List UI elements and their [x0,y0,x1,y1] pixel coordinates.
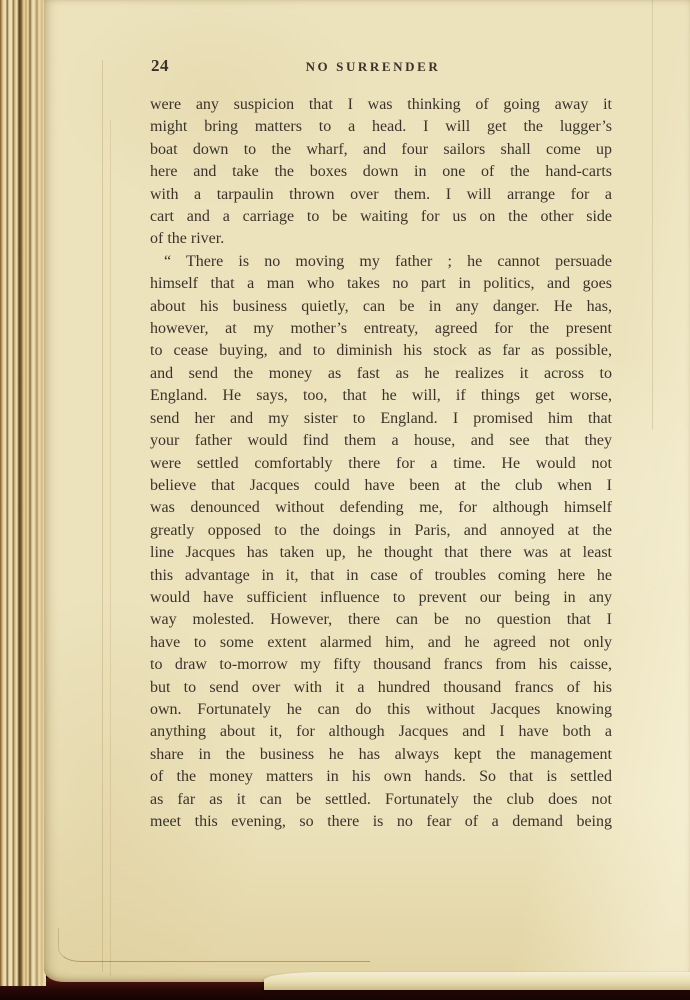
text-line: and send the money as fast as he realize… [150,363,612,385]
book-page: 24 NO SURRENDER were any suspicion that … [44,0,690,982]
text-line: share in the business he has always kept… [150,744,612,766]
text-line: England. He says, too, that he will, if … [150,385,612,407]
page-edges-left [0,0,46,986]
text-line: this advantage in it, that in case of tr… [150,565,612,587]
text-line: were settled comfortably there for a tim… [150,453,612,475]
text-line: was denounced without defending me, for … [150,497,612,519]
text-line: anything about it, for although Jacques … [150,721,612,743]
text-line: of the money matters in his own hands. S… [150,766,612,788]
text-line: send her and my sister to England. I pro… [150,408,612,430]
body-text: were any suspicion that I was thinking o… [150,94,612,833]
text-line: himself that a man who takes no part in … [150,273,612,295]
page-header: 24 NO SURRENDER [150,56,612,78]
text-line: “ There is no moving my father ; he cann… [150,251,612,273]
text-line: might bring matters to a head. I will ge… [150,116,612,138]
text-line: believe that Jacques could have been at … [150,475,612,497]
text-line: have to some extent alarmed him, and he … [150,632,612,654]
page-edge-line [652,0,653,430]
text-line: cart and a carriage to be waiting for us… [150,206,612,228]
text-line: boat down to the wharf, and four sailors… [150,139,612,161]
page-bottom-edges [264,972,690,990]
text-line: about his business quietly, can be in an… [150,296,612,318]
page-corner-outline [58,928,370,962]
text-line: however, at my mother’s entreaty, agreed… [150,318,612,340]
text-line: way molested. However, there can be no q… [150,609,612,631]
text-line: to draw to-morrow my fifty thousand fran… [150,654,612,676]
text-line: line Jacques has taken up, he thought th… [150,542,612,564]
text-line: but to send over with it a hundred thous… [150,677,612,699]
running-header: NO SURRENDER [142,59,604,75]
page-edge-line [102,60,103,972]
text-line: to cease buying, and to diminish his sto… [150,340,612,362]
text-line: with a tarpaulin thrown over them. I wil… [150,184,612,206]
text-line: of the river. [150,228,612,250]
text-line: were any suspicion that I was thinking o… [150,94,612,116]
page-edge-line [110,120,111,976]
text-line: meet this evening, so there is no fear o… [150,811,612,833]
text-line: own. Fortunately he can do this without … [150,699,612,721]
page-content: 24 NO SURRENDER were any suspicion that … [150,56,612,78]
text-line: would have sufficient influence to preve… [150,587,612,609]
text-line: greatly opposed to the doings in Paris, … [150,520,612,542]
text-line: your father would find them a house, and… [150,430,612,452]
book-scan: 24 NO SURRENDER were any suspicion that … [0,0,690,1000]
text-line: as far as it can be settled. Fortunately… [150,789,612,811]
text-line: here and take the boxes down in one of t… [150,161,612,183]
